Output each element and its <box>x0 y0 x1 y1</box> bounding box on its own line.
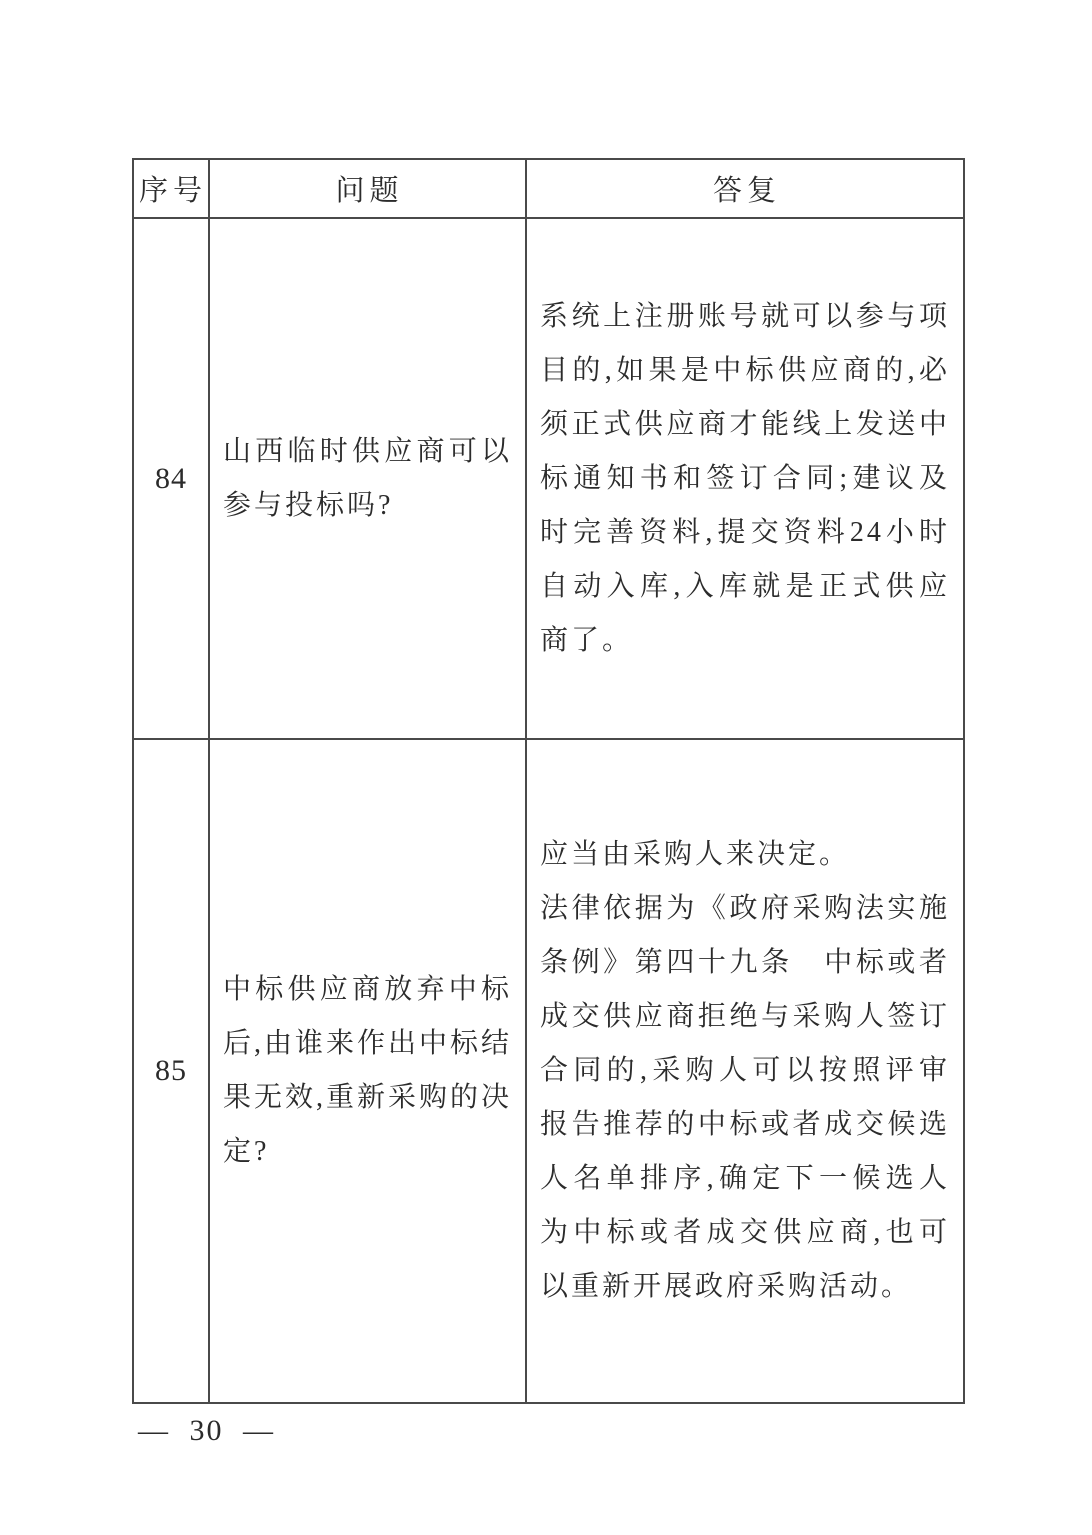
question-cell-84: 山西临时供应商可以参与投标吗? <box>209 218 526 739</box>
document-page: 序号 问题 答复 84 山西临时供应商可以参与投标吗? 系统上注册账号就可以参与… <box>0 0 1092 1535</box>
column-header-answer: 答复 <box>526 159 964 218</box>
column-header-question: 问题 <box>209 159 526 218</box>
answer-cell-85: 应当由采购人来决定。 法律依据为《政府采购法实施条例》第四十九条 中标或者成交供… <box>526 739 964 1403</box>
answer-paragraph: 系统上注册账号就可以参与项目的,如果是中标供应商的,必须正式供应商才能线上发送中… <box>540 290 950 668</box>
table-header-row: 序号 问题 答复 <box>133 159 964 218</box>
row-index-84: 84 <box>133 218 209 739</box>
question-text: 山西临时供应商可以参与投标吗? <box>223 425 512 533</box>
table-row: 85 中标供应商放弃中标后,由谁来作出中标结果无效,重新采购的决定? 应当由采购… <box>133 739 964 1403</box>
answer-paragraph: 应当由采购人来决定。 <box>540 828 950 882</box>
faq-table: 序号 问题 答复 84 山西临时供应商可以参与投标吗? 系统上注册账号就可以参与… <box>132 158 965 1404</box>
answer-paragraph: 法律依据为《政府采购法实施条例》第四十九条 中标或者成交供应商拒绝与采购人签订合… <box>540 882 950 1314</box>
answer-cell-84: 系统上注册账号就可以参与项目的,如果是中标供应商的,必须正式供应商才能线上发送中… <box>526 218 964 739</box>
question-text: 中标供应商放弃中标后,由谁来作出中标结果无效,重新采购的决定? <box>223 963 512 1179</box>
table-row: 84 山西临时供应商可以参与投标吗? 系统上注册账号就可以参与项目的,如果是中标… <box>133 218 964 739</box>
page-number: — 30 — <box>138 1414 275 1448</box>
question-cell-85: 中标供应商放弃中标后,由谁来作出中标结果无效,重新采购的决定? <box>209 739 526 1403</box>
column-header-index: 序号 <box>133 159 209 218</box>
row-index-85: 85 <box>133 739 209 1403</box>
